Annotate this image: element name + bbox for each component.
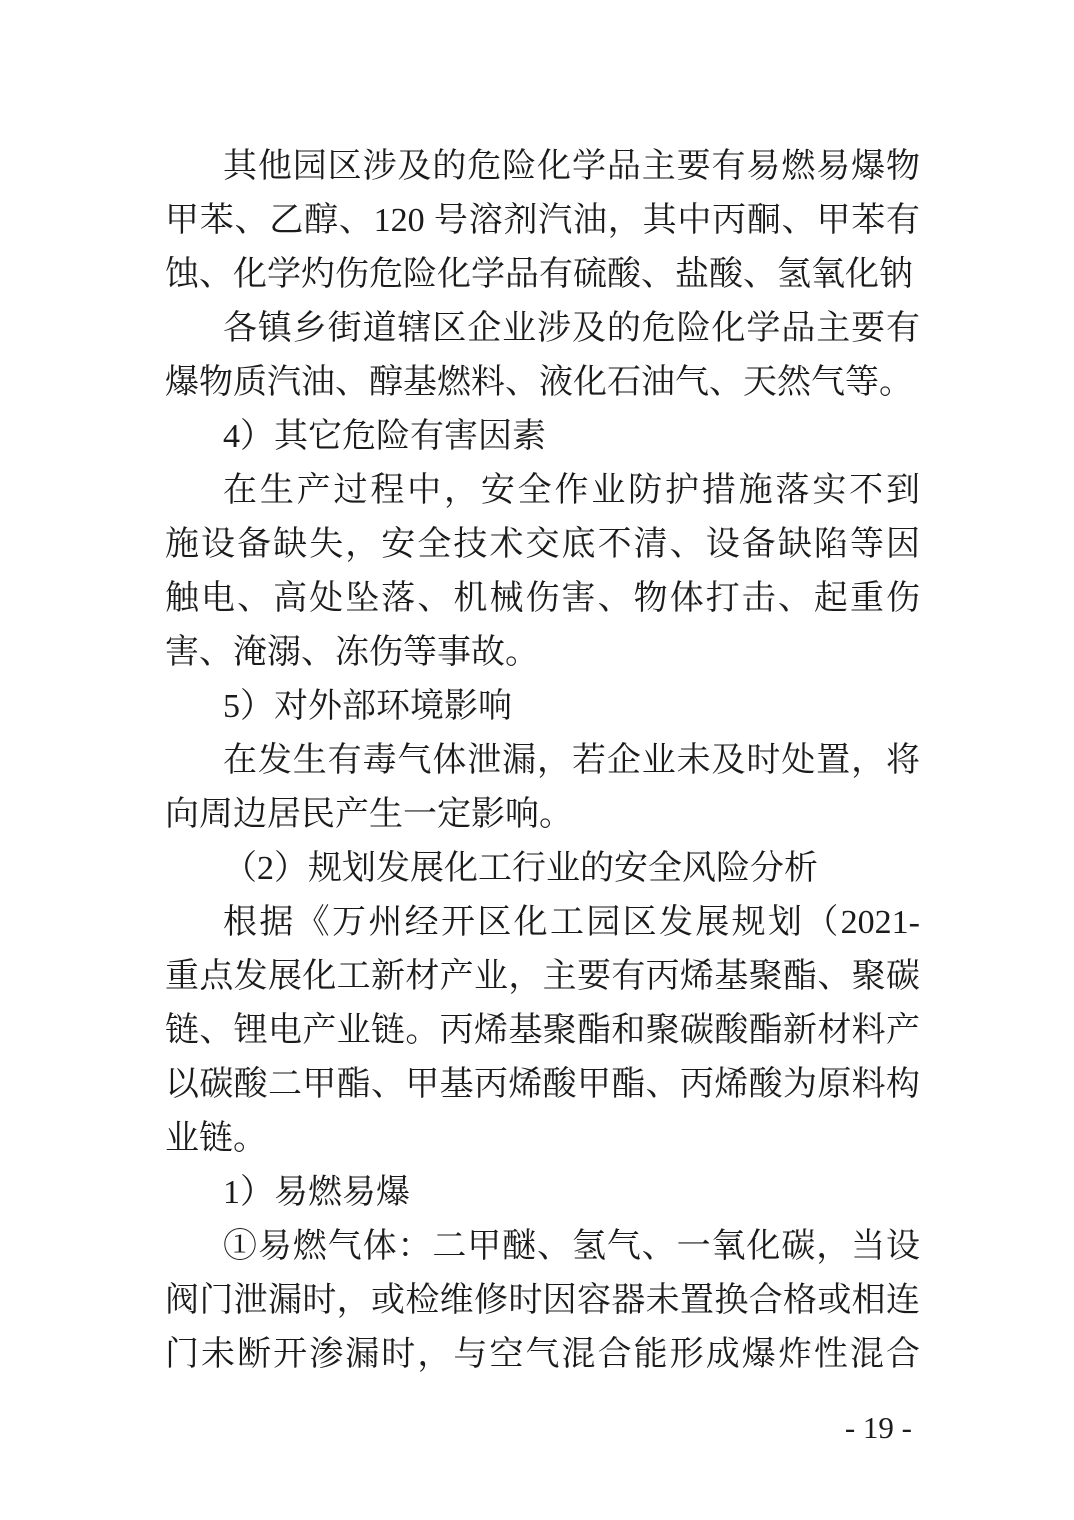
page-number: - 19 -	[845, 1408, 912, 1448]
paragraph: 其他园区涉及的危险化学品主要有易燃易爆物质丙酮、甲苯、乙醇、120 号溶剂汽油，…	[165, 140, 920, 302]
text-line: 链、锂电产业链。丙烯基聚酯和聚碳酸酯新材料产业链主要	[165, 1004, 920, 1058]
text-line: 业链。	[165, 1112, 920, 1166]
paragraph: 在生产过程中，安全作业防护措施落实不到位，安全设施设备缺失，安全技术交底不清、设…	[165, 464, 920, 680]
subheading: 1）易燃易爆	[165, 1166, 920, 1220]
text-line: 在生产过程中，安全作业防护措施落实不到位，安全设	[165, 464, 920, 518]
text-line: 阀门泄漏时，或检维修时因容器未置换合格或相连接管道阀	[165, 1274, 920, 1328]
subheading: （2）规划发展化工行业的安全风险分析	[165, 842, 920, 896]
paragraph: ①易燃气体：二甲醚、氢气、一氧化碳，当设备、管道、阀门泄漏时，或检维修时因容器未…	[165, 1220, 920, 1382]
text-line: 其他园区涉及的危险化学品主要有易燃易爆物质丙酮、	[165, 140, 920, 194]
text-line: 4）其它危险有害因素	[165, 410, 920, 464]
text-line: 触电、高处坠落、机械伤害、物体打击、起重伤害、车辆伤	[165, 572, 920, 626]
text-line: 根据《万州经开区化工园区发展规划（2021-2025）》，	[165, 896, 920, 950]
text-line: 门未断开渗漏时，与空气混合能形成爆炸性混合物，遇到雷	[165, 1328, 920, 1382]
paragraph: 各镇乡街道辖区企业涉及的危险化学品主要有易燃易爆物质汽油、醇基燃料、液化石油气、…	[165, 302, 920, 410]
text-line: 蚀、化学灼伤危险化学品有硫酸、盐酸、氢氧化钠等。	[165, 248, 920, 302]
text-line: ①易燃气体：二甲醚、氢气、一氧化碳，当设备、管道、	[165, 1220, 920, 1274]
text-line: 甲苯、乙醇、120 号溶剂汽油，其中丙酮、甲苯有毒性。腐	[165, 194, 920, 248]
text-line: 以碳酸二甲酯、甲基丙烯酸甲酯、丙烯酸为原料构建下游产	[165, 1058, 920, 1112]
text-line: 爆物质汽油、醇基燃料、液化石油气、天然气等。	[165, 356, 920, 410]
subheading: 5）对外部环境影响	[165, 680, 920, 734]
text-line: 向周边居民产生一定影响。	[165, 788, 920, 842]
paragraph: 根据《万州经开区化工园区发展规划（2021-2025）》，重点发展化工新材产业，…	[165, 896, 920, 1166]
subheading: 4）其它危险有害因素	[165, 410, 920, 464]
paragraph: 在发生有毒气体泄漏，若企业未及时处置，将会对下风向周边居民产生一定影响。	[165, 734, 920, 842]
text-line: （2）规划发展化工行业的安全风险分析	[165, 842, 920, 896]
text-line: 害、淹溺、冻伤等事故。	[165, 626, 920, 680]
text-line: 重点发展化工新材产业，主要有丙烯基聚酯、聚碳酸酯产业	[165, 950, 920, 1004]
document-body: 其他园区涉及的危险化学品主要有易燃易爆物质丙酮、甲苯、乙醇、120 号溶剂汽油，…	[165, 140, 920, 1382]
text-line: 5）对外部环境影响	[165, 680, 920, 734]
text-line: 施设备缺失，安全技术交底不清、设备缺陷等因素，可导致	[165, 518, 920, 572]
text-line: 在发生有毒气体泄漏，若企业未及时处置，将会对下风	[165, 734, 920, 788]
text-line: 各镇乡街道辖区企业涉及的危险化学品主要有易燃易	[165, 302, 920, 356]
text-line: 1）易燃易爆	[165, 1166, 920, 1220]
document-page: 其他园区涉及的危险化学品主要有易燃易爆物质丙酮、甲苯、乙醇、120 号溶剂汽油，…	[0, 0, 1074, 1520]
